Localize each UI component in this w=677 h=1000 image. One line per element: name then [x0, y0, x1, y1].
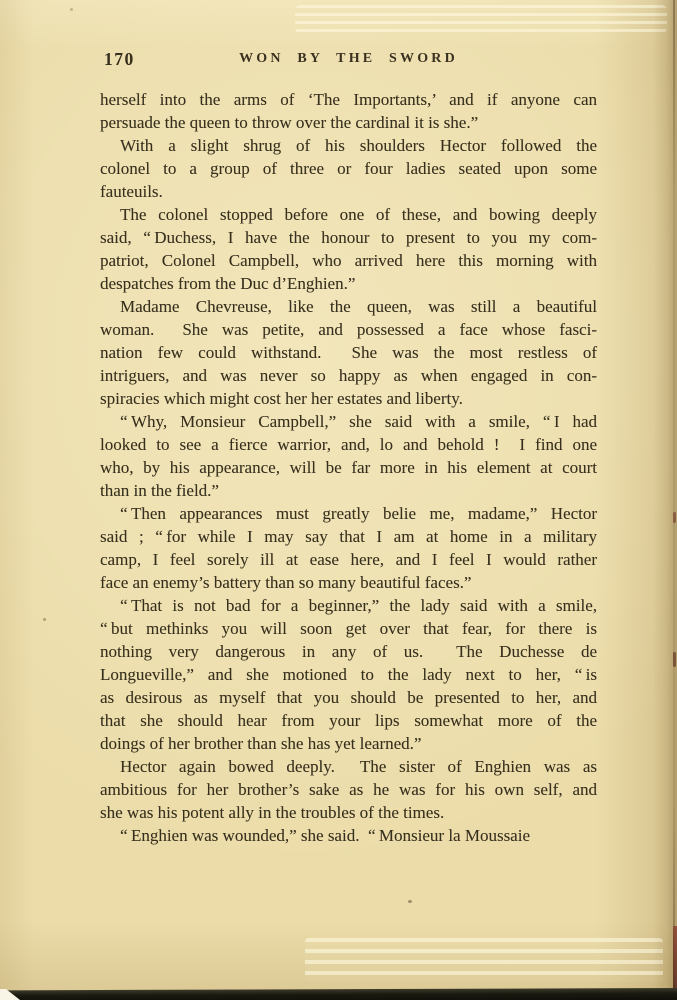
text-line: ambitious for her brother’s sake as he w…: [100, 778, 597, 801]
scan-streak-bottom: [305, 938, 663, 982]
edge-mark: [673, 512, 676, 523]
edge-mark: [673, 652, 676, 667]
text-line: Madame Chevreuse, like the queen, was st…: [100, 295, 597, 318]
text-line: patriot, Colonel Campbell, who arrived h…: [100, 249, 597, 272]
text-line: as desirous as myself that you should be…: [100, 686, 597, 709]
scan-streak-top: [295, 5, 667, 33]
text-line: she was his potent ally in the troubles …: [100, 801, 597, 824]
text-line: doings of her brother than she has yet l…: [100, 732, 597, 755]
page-header: 170 WON BY THE SWORD: [100, 49, 597, 69]
scan-speck: [70, 8, 73, 11]
text-line: colonel to a group of three or four ladi…: [100, 157, 597, 180]
scan-speck: [43, 618, 46, 621]
book-bottom-edge: [0, 988, 677, 1000]
book-page-scan: 170 WON BY THE SWORD herself into the ar…: [0, 0, 677, 1000]
text-line: despatches from the Duc d’Enghien.”: [100, 272, 597, 295]
text-line: “ Then appearances must greatly belie me…: [100, 502, 597, 525]
text-line: who, by his appearance, will be far more…: [100, 456, 597, 479]
page-edge-line: [673, 0, 675, 1000]
text-line: The colonel stopped before one of these,…: [100, 203, 597, 226]
text-line: spiracies which might cost her her estat…: [100, 387, 597, 410]
text-line: camp, I feel sorely ill at ease here, an…: [100, 548, 597, 571]
text-line: Longueville,” and she motioned to the la…: [100, 663, 597, 686]
running-head: WON BY THE SWORD: [100, 51, 597, 67]
text-line: “ Enghien was wounded,” she said. “ Mons…: [100, 824, 597, 847]
text-line: looked to see a fierce warrior, and, lo …: [100, 433, 597, 456]
text-line: “ but methinks you will soon get over th…: [100, 617, 597, 640]
text-line: woman. She was petite, and possessed a f…: [100, 318, 597, 341]
text-line: nation few could withstand. She was the …: [100, 341, 597, 364]
text-line: intriguers, and was never so happy as wh…: [100, 364, 597, 387]
text-line: “ That is not bad for a beginner,” the l…: [100, 594, 597, 617]
text-line: Hector again bowed deeply. The sister of…: [100, 755, 597, 778]
text-line: face an enemy’s battery than so many bea…: [100, 571, 597, 594]
text-line: With a slight shrug of his shoulders Hec…: [100, 134, 597, 157]
body-text: herself into the arms of ‘The Importants…: [100, 88, 597, 847]
text-line: persuade the queen to throw over the car…: [100, 111, 597, 134]
text-line: herself into the arms of ‘The Importants…: [100, 88, 597, 111]
text-line: that she should hear from your lips some…: [100, 709, 597, 732]
text-line: “ Why, Monsieur Campbell,” she said with…: [100, 410, 597, 433]
text-line: than in the field.”: [100, 479, 597, 502]
text-line: nothing very dangerous in any of us. The…: [100, 640, 597, 663]
text-line: said ; “ for while I may say that I am a…: [100, 525, 597, 548]
text-line: said, “ Duchess, I have the honour to pr…: [100, 226, 597, 249]
text-line: fauteuils.: [100, 180, 597, 203]
scan-speck: [408, 900, 412, 903]
